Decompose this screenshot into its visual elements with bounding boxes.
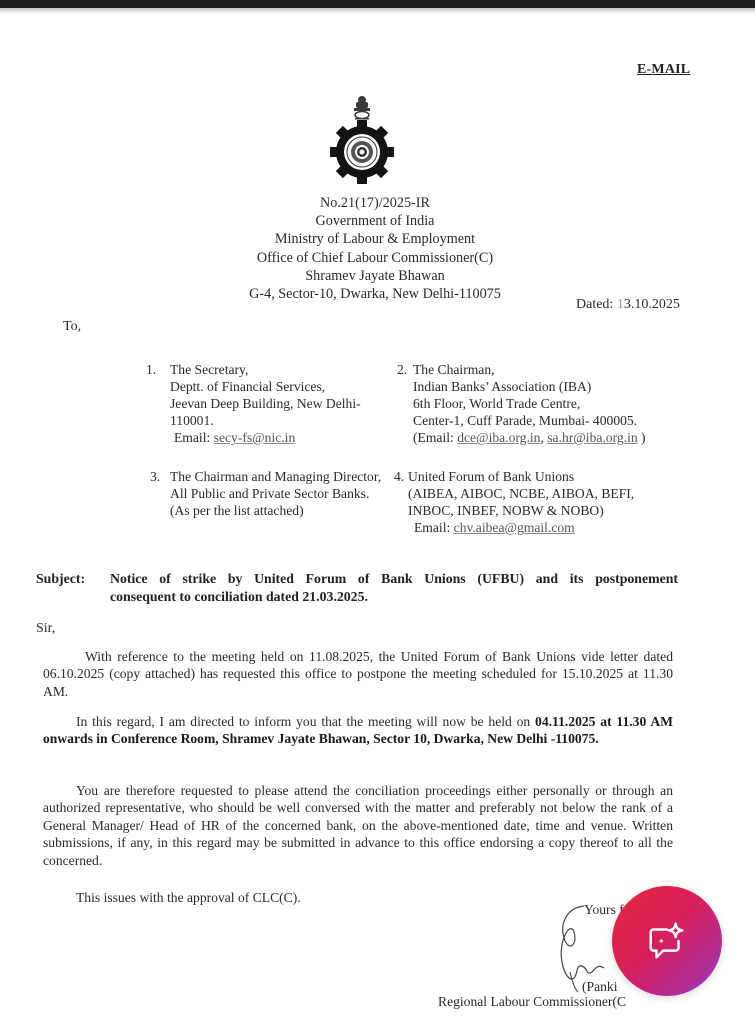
addressee-line: 110001.: [170, 412, 361, 429]
addressee-number: 4.: [394, 468, 404, 485]
header-line: Government of India: [200, 212, 550, 230]
addressee-number: 2.: [397, 361, 407, 378]
email-link[interactable]: dce@iba.org.in: [457, 430, 540, 445]
top-bar-shadow: [0, 8, 755, 16]
addressee-line: Indian Banks’ Association (IBA): [413, 378, 646, 395]
paragraph-2: In this regard, I am directed to inform …: [43, 713, 673, 748]
letter-date: Dated: 13.10.2025: [576, 297, 680, 313]
signatory-title: Regional Labour Commissioner(C: [438, 994, 626, 1010]
dated-label: Dated:: [576, 297, 613, 312]
to-label: To,: [63, 319, 81, 335]
addressee-line: (AIBEA, AIBOC, NCBE, AIBOA, BEFI,: [408, 485, 634, 502]
ministry-emblem-icon: [327, 94, 397, 184]
email-label: (Email:: [413, 430, 454, 445]
paragraph-3: You are therefore requested to please at…: [43, 782, 673, 869]
addressee-line: Center-1, Cuff Parade, Mumbai- 400005.: [413, 412, 646, 429]
ai-assistant-button[interactable]: [612, 886, 722, 996]
email-label: Email:: [174, 430, 210, 445]
addressee-line: Jeevan Deep Building, New Delhi-: [170, 395, 361, 412]
subject-line-1: Notice of strike by United Forum of Bank…: [110, 570, 678, 588]
addressee-email-line: Email: secy-fs@nic.in: [170, 429, 361, 446]
ai-chat-sparkle-icon: [644, 918, 690, 964]
header-line: Office of Chief Labour Commissioner(C): [200, 249, 550, 267]
addressee-line: The Chairman and Managing Director,: [170, 468, 381, 485]
addressee-line: The Secretary,: [170, 361, 361, 378]
header-line: Shramev Jayate Bhawan: [200, 267, 550, 285]
subject-label: Subject:: [36, 570, 85, 588]
header-line: Ministry of Labour & Employment: [200, 230, 550, 248]
email-link[interactable]: sa.hr@iba.org.in: [547, 430, 637, 445]
signatory-name: (Panki: [582, 979, 618, 995]
addressee-email-line: (Email: dce@iba.org.in, sa.hr@iba.org.in…: [413, 429, 646, 446]
salutation: Sir,: [36, 621, 55, 637]
addressee-line: (As per the list attached): [170, 502, 381, 519]
addressee-line: All Public and Private Sector Banks.: [170, 485, 381, 502]
dated-value: 3.10.2025: [624, 297, 680, 312]
document-page: E-MAIL: [0, 16, 755, 1024]
email-link[interactable]: chv.aibea@gmail.com: [454, 520, 575, 535]
addressee-number: 1.: [146, 361, 156, 378]
email-tag: E-MAIL: [637, 62, 690, 78]
paragraph-2-text: In this regard, I am directed to inform …: [76, 714, 535, 729]
email-label: Email:: [414, 520, 450, 535]
addressee-line: INBOC, INBEF, NOBW & NOBO): [408, 502, 634, 519]
reference-number: No.21(17)/2025-IR: [200, 194, 550, 212]
addressee-number: 3.: [150, 468, 160, 485]
addressee-line: Deptt. of Financial Services,: [170, 378, 361, 395]
addressee-email-line: Email: chv.aibea@gmail.com: [408, 519, 634, 536]
dated-faint-digit: 1: [617, 297, 624, 312]
addressee-line: The Chairman,: [413, 361, 646, 378]
addressee-4: 4. United Forum of Bank Unions (AIBEA, A…: [394, 468, 694, 548]
paragraph-1: With reference to the meeting held on 11…: [43, 648, 673, 700]
addressee-line: United Forum of Bank Unions: [408, 468, 634, 485]
addressee-2: 2. The Chairman, Indian Banks’ Associati…: [397, 361, 697, 451]
email-link[interactable]: secy-fs@nic.in: [214, 430, 296, 445]
addressee-line: 6th Floor, World Trade Centre,: [413, 395, 646, 412]
app-top-bar: [0, 0, 755, 8]
addressee-1: 1. The Secretary, Deptt. of Financial Se…: [146, 361, 386, 451]
letter-header: No.21(17)/2025-IR Government of India Mi…: [200, 194, 550, 303]
header-line: G-4, Sector-10, Dwarka, New Delhi-110075: [200, 285, 550, 303]
email-suffix: ): [638, 430, 646, 445]
subject-line-2: consequent to conciliation dated 21.03.2…: [110, 589, 368, 604]
addressee-3: 3. The Chairman and Managing Director, A…: [150, 468, 395, 528]
